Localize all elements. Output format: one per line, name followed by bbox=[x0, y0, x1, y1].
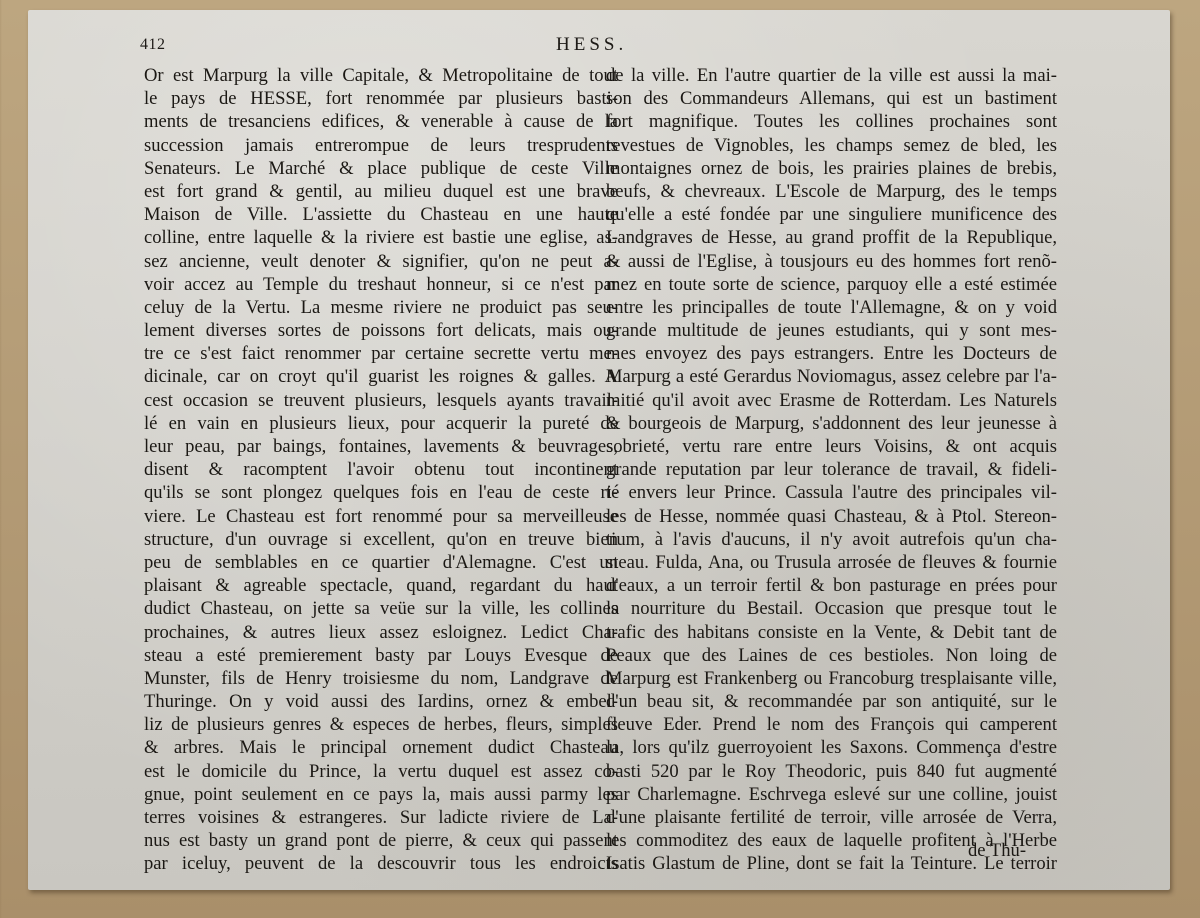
text-line: fort magnifique. Toutes les collines pro… bbox=[606, 110, 1057, 133]
text-line: d'une plaisante fertilité de terroir, vi… bbox=[606, 806, 1057, 829]
text-line: le pays de HESSE, fort renommée par plus… bbox=[144, 87, 618, 110]
text-line: beufs, & chevreaux. L'Escole de Marpurg,… bbox=[606, 180, 1057, 203]
text-line: voir accez au Temple du treshaut honneur… bbox=[144, 273, 618, 296]
text-line: té envers leur Prince. Cassula l'autre d… bbox=[606, 481, 1057, 504]
text-line: steau a esté premierement basty par Louy… bbox=[144, 644, 618, 667]
text-line: grande multitude de jeunes estudiants, q… bbox=[606, 319, 1057, 342]
text-line: Senateurs. Le Marché & place publique de… bbox=[144, 157, 618, 180]
text-line: plaisant & agreable spectacle, quand, re… bbox=[144, 574, 618, 597]
text-line: peu de semblables en ce quartier d'Alema… bbox=[144, 551, 618, 574]
text-line: est le domicile du Prince, la vertu duqu… bbox=[144, 760, 618, 783]
text-line: Munster, fils de Henry troisiesme du nom… bbox=[144, 667, 618, 690]
text-line: Marpurg a esté Gerardus Noviomagus, asse… bbox=[606, 365, 1057, 388]
text-line: trafic des habitans consiste en la Vente… bbox=[606, 621, 1057, 644]
text-line: fleuve Eder. Prend le nom des François q… bbox=[606, 713, 1057, 736]
text-line: basti 520 par le Roy Theodoric, puis 840… bbox=[606, 760, 1057, 783]
text-line: Thuringe. On y void aussi des Iardins, o… bbox=[144, 690, 618, 713]
running-head: 412 HESS. bbox=[28, 30, 1170, 60]
text-line: son des Commandeurs Allemans, qui est un… bbox=[606, 87, 1057, 110]
text-line: cest occasion se treuvent plusieurs, les… bbox=[144, 389, 618, 412]
text-line: & bourgeois de Marpurg, s'addonnent des … bbox=[606, 412, 1057, 435]
text-line: de la ville. En l'autre quartier de la v… bbox=[606, 64, 1057, 87]
text-line: montaignes ornez de bois, les prairies p… bbox=[606, 157, 1057, 180]
running-title: HESS. bbox=[556, 34, 627, 56]
text-line: les de Hesse, nommée quasi Chasteau, & à… bbox=[606, 505, 1057, 528]
text-line: la nourriture du Bestail. Occasion que p… bbox=[606, 597, 1057, 620]
text-line: tre ce s'est faict renommer par certaine… bbox=[144, 342, 618, 365]
text-line: Or est Marpurg la ville Capitale, & Metr… bbox=[144, 64, 618, 87]
text-line: qu'ils se sont plongez quelques fois en … bbox=[144, 481, 618, 504]
text-line: Peaux que des Laines de ces bestioles. N… bbox=[606, 644, 1057, 667]
text-line: structure, d'un ouvrage si excellent, qu… bbox=[144, 528, 618, 551]
text-line: Marpurg est Frankenberg ou Francoburg tr… bbox=[606, 667, 1057, 690]
text-line: sobrieté, vertu rare entre leurs Voisins… bbox=[606, 435, 1057, 458]
right-column: de la ville. En l'autre quartier de la v… bbox=[606, 64, 1057, 876]
text-line: succession jamais entrerompue de leurs t… bbox=[144, 134, 618, 157]
text-line: prochaines, & autres lieux assez esloign… bbox=[144, 621, 618, 644]
text-line: disent & racomptent l'avoir obtenu tout … bbox=[144, 458, 618, 481]
text-line: sez ancienne, veult denoter & signifier,… bbox=[144, 250, 618, 273]
text-line: steau. Fulda, Ana, ou Trusula arrosée de… bbox=[606, 551, 1057, 574]
text-line: revestues de Vignobles, les champs semez… bbox=[606, 134, 1057, 157]
text-line: est fort grand & gentil, au milieu duque… bbox=[144, 180, 618, 203]
page-number: 412 bbox=[140, 36, 166, 54]
text-line: gnue, point seulement en ce pays la, mai… bbox=[144, 783, 618, 806]
text-line: dudict Chasteau, on jette sa veüe sur la… bbox=[144, 597, 618, 620]
text-line: mez en toute sorte de science, parquoy e… bbox=[606, 273, 1057, 296]
text-line: la, lors qu'ilz guerroyoient les Saxons.… bbox=[606, 736, 1057, 759]
text-line: dicinale, car on croyt qu'il guarist les… bbox=[144, 365, 618, 388]
text-line: leur peau, par baings, fontaines, laveme… bbox=[144, 435, 618, 458]
text-line: celuy de la Vertu. La mesme riviere ne p… bbox=[144, 296, 618, 319]
text-line: ments de tresanciens edifices, & venerab… bbox=[144, 110, 618, 133]
text-line: nus est basty un grand pont de pierre, &… bbox=[144, 829, 618, 852]
text-line: d'eaux, a un terroir fertil & bon pastur… bbox=[606, 574, 1057, 597]
text-line: grande reputation par leur tolerance de … bbox=[606, 458, 1057, 481]
text-line: tium, à l'avis d'aucuns, il n'y avoit au… bbox=[606, 528, 1057, 551]
text-line: mitié qu'il avoit avec Erasme de Rotterd… bbox=[606, 389, 1057, 412]
text-line: lé en vain en plusieurs lieux, pour acqu… bbox=[144, 412, 618, 435]
text-line: & aussi de l'Eglise, à tousjours eu des … bbox=[606, 250, 1057, 273]
catchword: de Thu- bbox=[968, 840, 1026, 862]
text-line: lement diverses sortes de poissons fort … bbox=[144, 319, 618, 342]
text-line: entre les principalles de toute l'Allema… bbox=[606, 296, 1057, 319]
text-line: & arbres. Mais le principal ornement dud… bbox=[144, 736, 618, 759]
left-column: Or est Marpurg la ville Capitale, & Metr… bbox=[144, 64, 618, 876]
text-line: Landgraves de Hesse, au grand proffit de… bbox=[606, 226, 1057, 249]
text-line: liz de plusieurs genres & especes de her… bbox=[144, 713, 618, 736]
text-line: par Charlemagne. Eschrvega eslevé sur un… bbox=[606, 783, 1057, 806]
text-line: Maison de Ville. L'assiette du Chasteau … bbox=[144, 203, 618, 226]
text-line: colline, entre laquelle & la riviere est… bbox=[144, 226, 618, 249]
text-line: d'un beau sit, & recommandée par son ant… bbox=[606, 690, 1057, 713]
book-page: 412 HESS. Or est Marpurg la ville Capita… bbox=[28, 10, 1170, 890]
text-line: par iceluy, peuvent de la descouvrir tou… bbox=[144, 852, 618, 875]
text-line: viere. Le Chasteau est fort renommé pour… bbox=[144, 505, 618, 528]
text-line: mes envoyez des pays estrangers. Entre l… bbox=[606, 342, 1057, 365]
text-line: qu'elle a esté fondée par une singuliere… bbox=[606, 203, 1057, 226]
text-line: terres voisines & estrangeres. Sur ladic… bbox=[144, 806, 618, 829]
